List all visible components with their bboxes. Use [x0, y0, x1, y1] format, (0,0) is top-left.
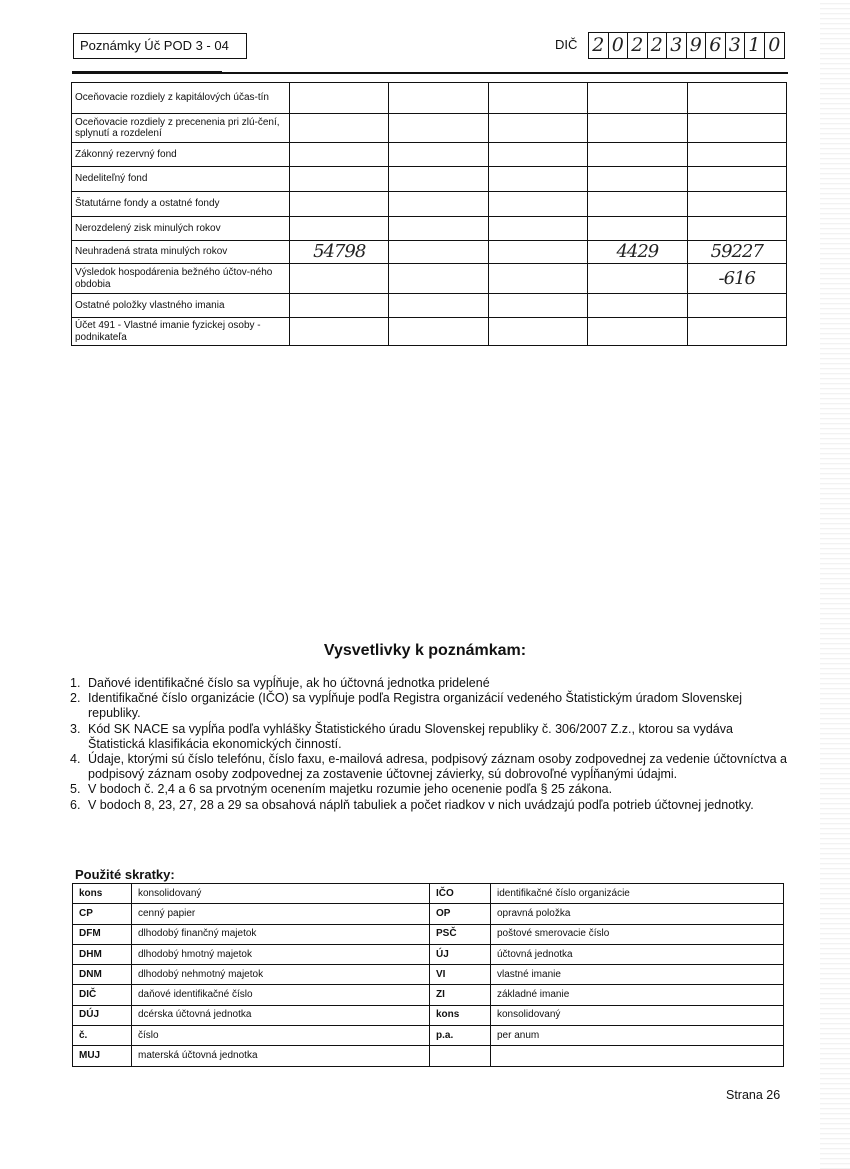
row-label: Oceňovacie rozdiely z precenenia pri zlú… [72, 114, 290, 143]
value-cell [389, 217, 488, 241]
abbr-meaning: identifikačné číslo organizácie [491, 884, 784, 904]
table-row: Neuhradená strata minulých rokov54798442… [72, 241, 787, 264]
table-row: DNMdlhodobý nehmotný majetokVIvlastné im… [73, 965, 784, 985]
value-cell [290, 83, 389, 114]
item-text: Kód SK NACE sa vypĺňa podľa vyhlášky Šta… [88, 722, 733, 751]
row-label: Zákonný rezervný fond [72, 143, 290, 167]
abbr-code: DFM [73, 924, 132, 944]
item-text: Údaje, ktorými sú číslo telefónu, číslo … [88, 752, 787, 781]
table-row: č.číslop.a.per anum [73, 1026, 784, 1046]
value-cell [687, 167, 786, 192]
abbr-meaning: účtovná jednotka [491, 944, 784, 964]
dic-field: 2 0 2 2 3 9 6 3 1 0 [588, 32, 785, 59]
abbr-meaning: vlastné imanie [491, 965, 784, 985]
abbr-meaning: dlhodobý hmotný majetok [132, 944, 430, 964]
list-item: 2.Identifikačné číslo organizácie (IČO) … [70, 691, 790, 721]
value-cell [588, 114, 687, 143]
abbr-code: DIČ [73, 985, 132, 1005]
list-item: 3.Kód SK NACE sa vypĺňa podľa vyhlášky Š… [70, 722, 790, 752]
value-cell [389, 114, 488, 143]
abbr-code: kons [430, 1005, 491, 1025]
abbr-code [430, 1046, 491, 1066]
value-cell [290, 318, 389, 346]
table-row: Zákonný rezervný fond [72, 143, 787, 167]
abbr-code: č. [73, 1026, 132, 1046]
table-row: Nedeliteľný fond [72, 167, 787, 192]
value-cell [389, 143, 488, 167]
table-row: konskonsolidovanýIČOidentifikačné číslo … [73, 884, 784, 904]
value-cell [588, 167, 687, 192]
table-row: Ostatné položky vlastného imania [72, 294, 787, 318]
abbr-code: DNM [73, 965, 132, 985]
item-number: 3. [70, 722, 80, 737]
table-row: Nerozdelený zisk minulých rokov [72, 217, 787, 241]
value-cell [687, 143, 786, 167]
value-cell [290, 167, 389, 192]
row-label: Ostatné položky vlastného imania [72, 294, 290, 318]
abbr-meaning: opravná položka [491, 904, 784, 924]
table-row: DFMdlhodobý finančný majetokPSČpoštové s… [73, 924, 784, 944]
equity-table: Oceňovacie rozdiely z kapitálových účas-… [71, 82, 787, 346]
abbr-meaning [491, 1046, 784, 1066]
dic-digit: 2 [648, 33, 668, 58]
item-number: 5. [70, 782, 80, 797]
item-number: 1. [70, 676, 80, 691]
row-label: Nedeliteľný fond [72, 167, 290, 192]
value-cell: 4429 [588, 241, 687, 264]
item-text: V bodoch č. 2,4 a 6 sa prvotným ocenením… [88, 782, 612, 796]
abbr-meaning: dcérska účtovná jednotka [132, 1005, 430, 1025]
value-cell [290, 143, 389, 167]
form-id-box: Poznámky Úč POD 3 - 04 [73, 33, 247, 59]
abbr-meaning: konsolidovaný [132, 884, 430, 904]
value-cell [290, 217, 389, 241]
dic-digit: 3 [667, 33, 687, 58]
value-cell [488, 114, 587, 143]
table-row: Výsledok hospodárenia bežného účtov-ného… [72, 264, 787, 294]
item-number: 2. [70, 691, 80, 706]
value-cell [389, 167, 488, 192]
table-row: Štatutárne fondy a ostatné fondy [72, 192, 787, 217]
dic-digit: 1 [745, 33, 765, 58]
table-row: DÚJdcérska účtovná jednotkakonskonsolido… [73, 1005, 784, 1025]
abbr-code: OP [430, 904, 491, 924]
row-label: Štatutárne fondy a ostatné fondy [72, 192, 290, 217]
value-cell: -616 [687, 264, 786, 294]
abbr-code: p.a. [430, 1026, 491, 1046]
value-cell [687, 318, 786, 346]
abbr-meaning: dlhodobý nehmotný majetok [132, 965, 430, 985]
value-cell [389, 241, 488, 264]
item-number: 6. [70, 798, 80, 813]
row-label: Výsledok hospodárenia bežného účtov-ného… [72, 264, 290, 294]
list-item: 5.V bodoch č. 2,4 a 6 sa prvotným ocenen… [70, 782, 790, 797]
value-cell [290, 264, 389, 294]
value-cell [290, 114, 389, 143]
abbr-meaning: číslo [132, 1026, 430, 1046]
value-cell [290, 192, 389, 217]
abbr-meaning: per anum [491, 1026, 784, 1046]
value-cell [389, 318, 488, 346]
value-cell [488, 83, 587, 114]
dic-digit: 0 [609, 33, 629, 58]
value-cell [389, 83, 488, 114]
table-row: DIČdaňové identifikačné čísloZIzákladné … [73, 985, 784, 1005]
abbr-code: VI [430, 965, 491, 985]
value-cell [488, 217, 587, 241]
abbr-meaning: materská účtovná jednotka [132, 1046, 430, 1066]
item-text: Daňové identifikačné číslo sa vypĺňuje, … [88, 676, 490, 690]
explanations-title: Vysvetlivky k poznámkam: [0, 642, 850, 660]
dic-digit: 6 [706, 33, 726, 58]
row-label: Oceňovacie rozdiely z kapitálových účas-… [72, 83, 290, 114]
value-cell [687, 114, 786, 143]
item-text: V bodoch 8, 23, 27, 28 a 29 sa obsahová … [88, 798, 754, 812]
abbreviations-table: konskonsolidovanýIČOidentifikačné číslo … [72, 883, 784, 1067]
table-row: CPcenný papierOPopravná položka [73, 904, 784, 924]
scan-edge-artifact [820, 0, 850, 1169]
value-cell [687, 83, 786, 114]
abbr-meaning: daňové identifikačné číslo [132, 985, 430, 1005]
value-cell [687, 294, 786, 318]
abbr-code: kons [73, 884, 132, 904]
abbreviations-title: Použité skratky: [75, 867, 175, 882]
value-cell [588, 264, 687, 294]
abbr-code: PSČ [430, 924, 491, 944]
value-cell: 54798 [290, 241, 389, 264]
abbr-code: ZI [430, 985, 491, 1005]
value-cell [488, 294, 587, 318]
value-cell [389, 264, 488, 294]
value-cell [687, 217, 786, 241]
value-cell [588, 143, 687, 167]
abbr-meaning: dlhodobý finančný majetok [132, 924, 430, 944]
value-cell [588, 217, 687, 241]
abbr-meaning: konsolidovaný [491, 1005, 784, 1025]
list-item: 1.Daňové identifikačné číslo sa vypĺňuje… [70, 676, 790, 691]
abbr-code: DHM [73, 944, 132, 964]
explanations-list: 1.Daňové identifikačné číslo sa vypĺňuje… [70, 676, 790, 813]
value-cell [389, 294, 488, 318]
value-cell: 59227 [687, 241, 786, 264]
abbr-code: DÚJ [73, 1005, 132, 1025]
item-text: Identifikačné číslo organizácie (IČO) sa… [88, 691, 742, 720]
abbr-code: CP [73, 904, 132, 924]
dic-label: DIČ [555, 37, 577, 52]
value-cell [389, 192, 488, 217]
abbr-code: MUJ [73, 1046, 132, 1066]
value-cell [488, 192, 587, 217]
dic-digit: 2 [628, 33, 648, 58]
list-item: 6.V bodoch 8, 23, 27, 28 a 29 sa obsahov… [70, 798, 790, 813]
table-row: Oceňovacie rozdiely z precenenia pri zlú… [72, 114, 787, 143]
row-label: Neuhradená strata minulých rokov [72, 241, 290, 264]
item-number: 4. [70, 752, 80, 767]
table-row: DHMdlhodobý hmotný majetokÚJúčtovná jedn… [73, 944, 784, 964]
page-number: Strana 26 [726, 1088, 780, 1102]
value-cell [588, 83, 687, 114]
dic-digit: 2 [589, 33, 609, 58]
abbr-code: ÚJ [430, 944, 491, 964]
row-label: Účet 491 - Vlastné imanie fyzickej osoby… [72, 318, 290, 346]
value-cell [588, 192, 687, 217]
value-cell [488, 318, 587, 346]
value-cell [488, 264, 587, 294]
abbr-meaning: poštové smerovacie číslo [491, 924, 784, 944]
value-cell [687, 192, 786, 217]
abbr-code: IČO [430, 884, 491, 904]
table-row: MUJmaterská účtovná jednotka [73, 1046, 784, 1066]
value-cell [488, 241, 587, 264]
dic-digit: 0 [765, 33, 785, 58]
value-cell [488, 167, 587, 192]
value-cell [588, 318, 687, 346]
value-cell [290, 294, 389, 318]
dic-digit: 9 [687, 33, 707, 58]
row-label: Nerozdelený zisk minulých rokov [72, 217, 290, 241]
value-cell [488, 143, 587, 167]
header-divider-accent [72, 71, 222, 74]
value-cell [588, 294, 687, 318]
dic-digit: 3 [726, 33, 746, 58]
table-row: Oceňovacie rozdiely z kapitálových účas-… [72, 83, 787, 114]
list-item: 4.Údaje, ktorými sú číslo telefónu, čísl… [70, 752, 790, 782]
abbr-meaning: základné imanie [491, 985, 784, 1005]
abbr-meaning: cenný papier [132, 904, 430, 924]
table-row: Účet 491 - Vlastné imanie fyzickej osoby… [72, 318, 787, 346]
